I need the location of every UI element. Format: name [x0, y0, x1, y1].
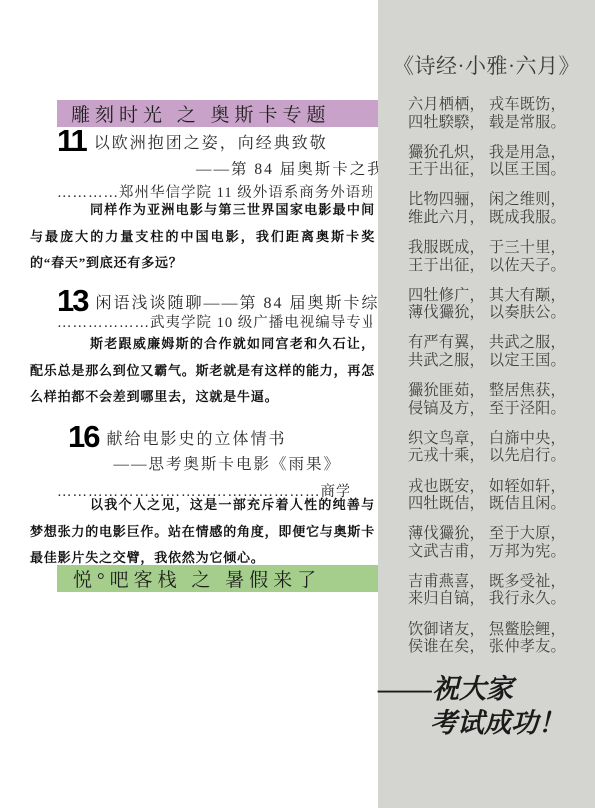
hostel-section-banner-label: 悦°吧客栈 之 暑假来了	[73, 565, 321, 592]
poem-line: 吉甫燕喜， 既多受祉，	[408, 573, 591, 591]
poem-line: 四牡騤騤， 载是常服。	[408, 114, 591, 132]
poem-line: 玁狁匪茹， 整居焦获，	[408, 382, 591, 400]
poem-stanza: 我服既成， 于三十里， 王于出征， 以佐天子。	[408, 239, 591, 274]
poem-stanza: 吉甫燕喜， 既多受祉， 来归自镐， 我行永久。	[408, 573, 591, 608]
poem-stanza: 有严有翼， 共武之服， 共武之服， 以定王国。	[408, 334, 591, 369]
poem-title: 《诗经·小雅·六月》	[378, 50, 595, 80]
toc-entry-16-page-number: 16	[68, 423, 98, 451]
poem-line: 饮御诸友， 炰鳖脍鲤，	[408, 621, 591, 639]
poem-stanza: 玁狁孔炽， 我是用急， 王于出征， 以匡王国。	[408, 144, 591, 179]
magazine-contents-page: 雕刻时光 之 奥斯卡专题 11 以欧洲抱团之姿，向经典致敬 ——第 84 届奥斯…	[0, 0, 595, 808]
poem-line: 织文鸟章， 白旆中央，	[408, 430, 591, 448]
oscar-section-banner: 雕刻时光 之 奥斯卡专题	[57, 100, 378, 127]
toc-entry-13-author-line: ………………武夷学院 10 级广播电视编导专业 郑小琪	[57, 311, 372, 332]
poem-line: 四牡修广， 其大有颙，	[408, 287, 591, 305]
poem-stanza: 比物四骊， 闲之维则， 维此六月， 既成我服。	[408, 191, 591, 226]
poem-line: 王于出征， 以匡王国。	[408, 161, 591, 179]
poem-line: 薄伐玁狁， 以奏肤公。	[408, 304, 591, 322]
poem-stanza: 织文鸟章， 白旆中央， 元戎十乘， 以先启行。	[408, 430, 591, 465]
poem-line: 侵镐及方， 至于泾阳。	[408, 400, 591, 418]
poem-stanza: 戎也既安， 如轾如轩， 四牡既佶， 既佶且闲。	[408, 478, 591, 513]
poem-line: 来归自镐， 我行永久。	[408, 590, 591, 608]
poem-line: 王于出征， 以佐天子。	[408, 257, 591, 275]
poem-line: 侯谁在矣， 张仲孝友。	[408, 638, 591, 656]
poem-body: 六月栖栖， 戎车既饬， 四牡騤騤， 载是常服。 玁狁孔炽， 我是用急， 王于出征…	[408, 96, 591, 668]
oscar-section-banner-label: 雕刻时光 之 奥斯卡专题	[71, 100, 331, 127]
signature-exam-success-line: 考试成功！	[430, 706, 595, 740]
toc-entry-11-title: 以欧洲抱团之姿，向经典致敬	[94, 133, 328, 155]
poem-stanza: 玁狁匪茹， 整居焦获， 侵镐及方， 至于泾阳。	[408, 382, 591, 417]
poem-stanza: 四牡修广， 其大有颙， 薄伐玁狁， 以奏肤公。	[408, 287, 591, 322]
poem-stanza: 六月栖栖， 戎车既饬， 四牡騤騤， 载是常服。	[408, 96, 591, 131]
toc-entry-16-title: 献给电影史的立体情书	[106, 429, 286, 451]
signature-wish-line: ——祝大家	[378, 672, 595, 706]
poem-line: 元戎十乘， 以先启行。	[408, 447, 591, 465]
poem-line: 比物四骊， 闲之维则，	[408, 191, 591, 209]
poem-line: 有严有翼， 共武之服，	[408, 334, 591, 352]
poem-sidebar: 《诗经·小雅·六月》 六月栖栖， 戎车既饬， 四牡騤騤， 载是常服。 玁狁孔炽，…	[378, 0, 595, 808]
poem-line: 我服既成， 于三十里，	[408, 239, 591, 257]
poem-stanza: 饮御诸友， 炰鳖脍鲤， 侯谁在矣， 张仲孝友。	[408, 621, 591, 656]
hostel-section-banner: 悦°吧客栈 之 暑假来了	[57, 565, 378, 592]
poem-line: 薄伐玁狁， 至于大原，	[408, 525, 591, 543]
poem-line: 戎也既安， 如轾如轩，	[408, 478, 591, 496]
toc-entry-11-subtitle: ——第 84 届奥斯卡之我见	[196, 157, 402, 179]
poem-line: 维此六月， 既成我服。	[408, 209, 591, 227]
toc-entry-11-page-number: 11	[57, 127, 86, 155]
toc-entry-16-excerpt: 以我个人之见，这是一部充斥着人性的纯善与梦想张力的电影巨作。站在情感的角度，即便…	[30, 492, 375, 572]
toc-entry-16-subtitle: ——思考奥斯卡电影《雨果》	[73, 452, 341, 474]
poem-line: 四牡既佶， 既佶且闲。	[408, 495, 591, 513]
poem-signature: ——祝大家 考试成功！	[378, 672, 595, 740]
poem-line: 共武之服， 以定王国。	[408, 352, 591, 370]
poem-stanza: 薄伐玁狁， 至于大原， 文武吉甫， 万邦为宪。	[408, 525, 591, 560]
poem-line: 玁狁孔炽， 我是用急，	[408, 144, 591, 162]
poem-line: 六月栖栖， 戎车既饬，	[408, 96, 591, 114]
poem-line: 文武吉甫， 万邦为宪。	[408, 543, 591, 561]
toc-entry-11-heading: 11 以欧洲抱团之姿，向经典致敬	[57, 127, 328, 155]
toc-entry-13-excerpt: 斯老跟威廉姆斯的合作就如同宫老和久石让，配乐总是那么到位又霸气。斯老就是有这样的…	[30, 331, 375, 411]
toc-entry-11-excerpt: 同样作为亚洲电影与第三世界国家电影最中间与最庞大的力量支柱的中国电影，我们距离奥…	[30, 197, 375, 277]
toc-entry-16-heading: 16 献给电影史的立体情书	[68, 423, 287, 451]
